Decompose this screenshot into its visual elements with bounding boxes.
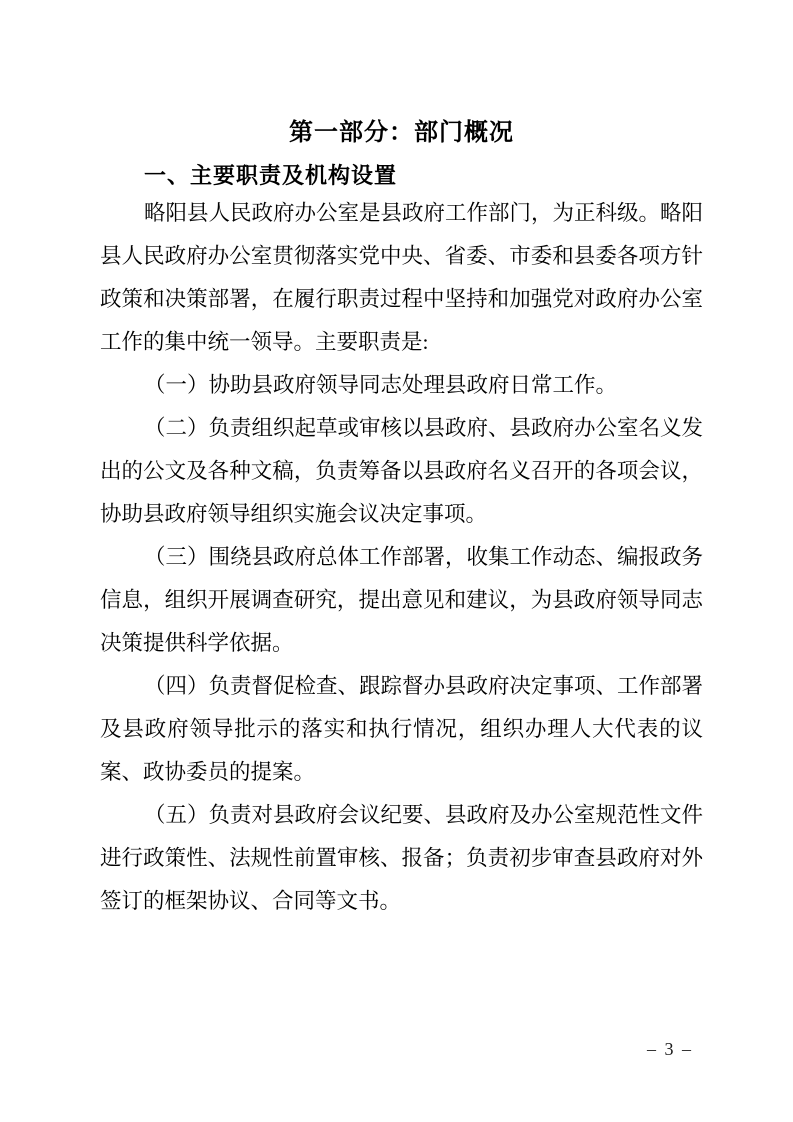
paragraph-duty-4: （四）负责督促检查、跟踪督办县政府决定事项、工作部署及县政府领导批示的落实和执行… [100,665,703,794]
document-content: 第一部分：部门概况 一、主要职责及机构设置 略阳县人民政府办公室是县政府工作部门… [100,118,703,923]
paragraph-duty-2: （二）负责组织起草或审核以县政府、县政府办公室名义发出的公文及各种文稿，负责筹备… [100,407,703,536]
paragraph-intro: 略阳县人民政府办公室是县政府工作部门，为正科级。略阳县人民政府办公室贯彻落实党中… [100,192,703,364]
paragraph-duty-5: （五）负责对县政府会议纪要、县政府及办公室规范性文件进行政策性、法规性前置审核、… [100,794,703,923]
section-heading: 一、主要职责及机构设置 [100,160,703,192]
paragraph-duty-3: （三）围绕县政府总体工作部署，收集工作动态、编报政务信息，组织开展调查研究，提出… [100,536,703,665]
paragraph-duty-1: （一）协助县政府领导同志处理县政府日常工作。 [100,364,703,407]
document-page: 第一部分：部门概况 一、主要职责及机构设置 略阳县人民政府办公室是县政府工作部门… [0,0,793,1122]
page-number: – 3 – [647,1038,693,1060]
page-title: 第一部分：部门概况 [100,118,703,148]
